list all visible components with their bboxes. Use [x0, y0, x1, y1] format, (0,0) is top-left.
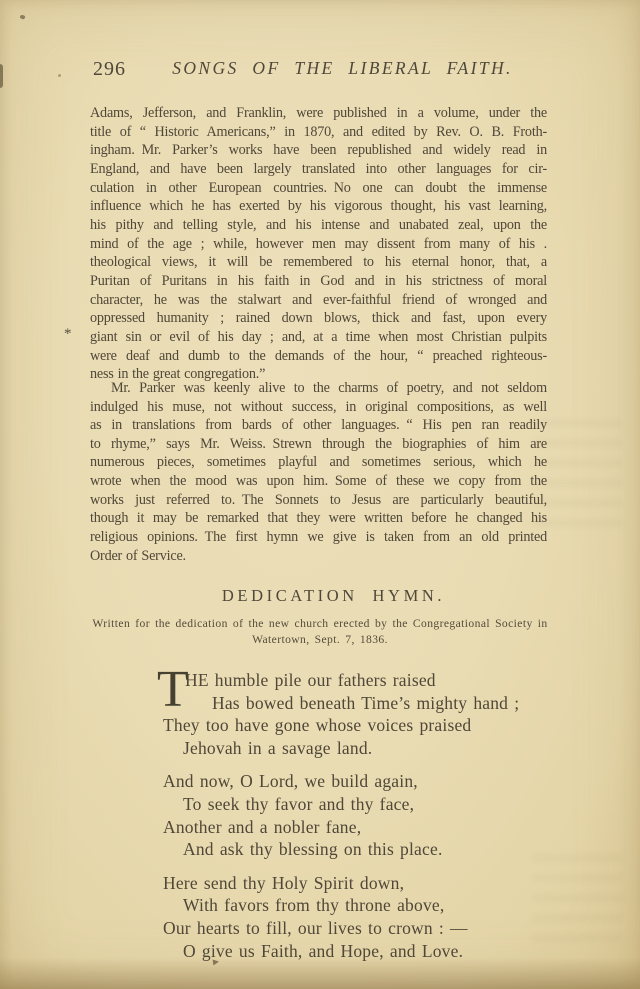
body-line: oppressed humanity ; rained down blows, … — [90, 309, 547, 328]
poem-line: Our hearts to fill, our lives to crown :… — [163, 917, 593, 940]
dedication-note-line-2: Watertown, Sept. 7, 1836. — [70, 632, 570, 648]
body-line: Order of Service. — [90, 547, 547, 566]
scan-speck-icon — [19, 14, 25, 20]
poem-line: With favors from thy throne above, — [183, 894, 593, 917]
running-header: 296 SONGS OF THE LIBERAL FAITH. — [90, 58, 547, 84]
poem-line: To seek thy favor and thy face, — [183, 793, 593, 816]
poem-line: Another and a nobler fane, — [163, 816, 593, 839]
body-line: wrote when the mood was upon him. Some o… — [90, 472, 547, 491]
body-line: though it may be remarked that they were… — [90, 509, 547, 528]
body-paragraph-2: Mr. Parker was keenly alive to the charm… — [90, 379, 547, 566]
drop-cap-initial: T — [157, 664, 189, 716]
poem-line: And ask thy blessing on this place. — [183, 838, 593, 861]
body-line: England, and have been largely translate… — [90, 160, 547, 179]
dedication-note: Written for the dedication of the new ch… — [70, 616, 570, 647]
poem-line: O give us Faith, and Hope, and Love. — [183, 940, 593, 963]
body-line: as in translations from bards of other l… — [90, 416, 547, 435]
poem-line: Jehovah in a savage land. — [183, 737, 593, 760]
body-line: character, he was the stalwart and ever-… — [90, 291, 547, 310]
scan-speck-icon — [58, 74, 61, 77]
page-edge-mark — [0, 64, 3, 88]
body-text: Adams, Jefferson, and Franklin, were pub… — [90, 104, 547, 565]
poem-line: Has bowed beneath Time’s mighty hand ; — [212, 692, 593, 715]
scan-speck-icon — [213, 959, 220, 966]
body-line: theological views, it will be remembered… — [90, 253, 547, 272]
body-line: title of “ Historic Americans,” in 1870,… — [90, 123, 547, 142]
book-page-scan: 296 SONGS OF THE LIBERAL FAITH. Adams, J… — [0, 0, 640, 989]
body-line: culation in other European countries. No… — [90, 179, 547, 198]
body-line: religious opinions. The first hymn we gi… — [90, 528, 547, 547]
body-line: Mr. Parker was keenly alive to the charm… — [90, 379, 547, 398]
running-title: SONGS OF THE LIBERAL FAITH. — [114, 58, 571, 79]
body-line: Adams, Jefferson, and Franklin, were pub… — [90, 104, 547, 123]
body-line: mind of the age ; while, however men may… — [90, 235, 547, 254]
body-paragraph-1: Adams, Jefferson, and Franklin, were pub… — [90, 104, 547, 384]
body-line: influence which he has exerted by his vi… — [90, 197, 547, 216]
margin-asterisk: * — [64, 326, 72, 343]
body-line: his pithy and telling style, and his int… — [90, 216, 547, 235]
stanza-2: And now, O Lord, we build again, To seek… — [163, 770, 593, 860]
poem-line: HE humble pile our fathers raised — [185, 669, 593, 692]
stanza-3: Here send thy Holy Spirit down, With fav… — [163, 872, 593, 962]
body-line: ingham. Mr. Parker’s works have been rep… — [90, 141, 547, 160]
body-line: indulged his muse, not without success, … — [90, 398, 547, 417]
hymn-title: DEDICATION HYMN. — [105, 586, 562, 606]
body-line: giant sin or evil of his day ; and, at a… — [90, 328, 547, 347]
body-line: works just referred to. The Sonnets to J… — [90, 491, 547, 510]
poem-line: And now, O Lord, we build again, — [163, 770, 593, 793]
poem-line: They too have gone whose voices praised — [163, 714, 593, 737]
body-line: Puritan of Puritans in his faith in God … — [90, 272, 547, 291]
poem-line: Here send thy Holy Spirit down, — [163, 872, 593, 895]
hymn-poem: T HE humble pile our fathers raised Has … — [163, 669, 593, 973]
dedication-note-line-1: Written for the dedication of the new ch… — [70, 616, 570, 632]
body-line: to rhyme,” says Mr. Weiss. Strewn throug… — [90, 435, 547, 454]
stanza-1: T HE humble pile our fathers raised Has … — [163, 669, 593, 759]
body-line: numerous pieces, sometimes playful and s… — [90, 453, 547, 472]
body-line: were deaf and dumb to the demands of the… — [90, 347, 547, 366]
